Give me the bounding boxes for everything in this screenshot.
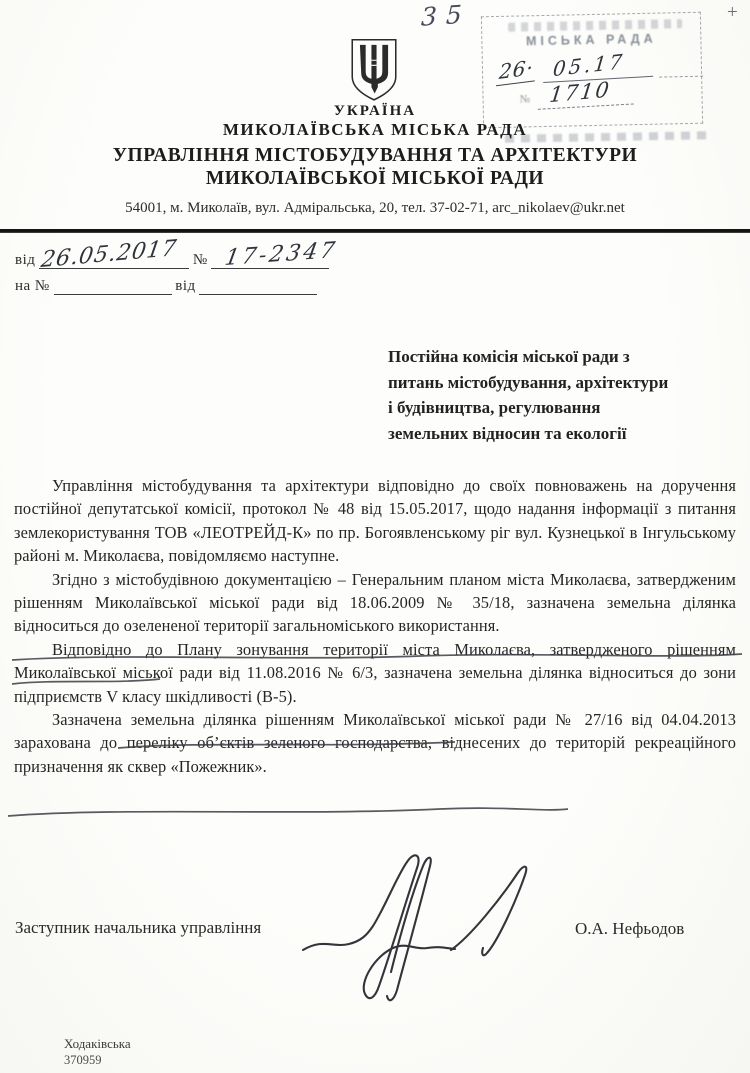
- country-title: УКРАЇНА: [0, 103, 750, 120]
- body-paragraph-4: Зазначена земельна ділянка рішенням Мико…: [14, 708, 736, 778]
- addressee-line: Постійна комісія міської ради з: [388, 344, 723, 370]
- ukraine-trident-emblem-icon: [342, 37, 406, 109]
- department-title-line1: УПРАВЛІННЯ МІСТОБУДУВАННЯ ТА АРХІТЕКТУРИ: [0, 145, 750, 167]
- addressee-line: питань містобудування, архітектури: [388, 370, 723, 396]
- stamp-date-dashes: [659, 76, 703, 78]
- executor-block: Ходаківська 370959: [64, 1036, 131, 1068]
- scanned-letter-page: 35 + МІСЬКА РАДА 26· 05.17 № 1710 УКРАЇН…: [0, 0, 750, 1073]
- address-contact-line: 54001, м. Миколаїв, вул. Адміральська, 2…: [0, 200, 750, 217]
- letter-body: Управління містобудування та архітектури…: [14, 474, 736, 778]
- letterhead-divider: [0, 229, 750, 233]
- stamp-org-name: МІСЬКА РАДА: [490, 31, 692, 49]
- addressee-line: земельних відносин та екології: [388, 421, 723, 447]
- addressee-line: і будівництва, регулювання: [388, 395, 723, 421]
- stamp-date-handwritten: 05.17: [552, 49, 626, 81]
- signer-name: О.А. Нефьодов: [575, 919, 684, 939]
- outgoing-number-label: №: [193, 252, 208, 268]
- incoming-number-line: [54, 280, 172, 295]
- incoming-date-label: від: [175, 278, 195, 294]
- signer-position-title: Заступник начальника управління: [15, 918, 261, 938]
- executor-name: Ходаківська: [64, 1036, 131, 1052]
- outgoing-reference-row: від № 26.05.2017 17-2347: [15, 252, 329, 278]
- handwritten-case-number: 35: [421, 0, 472, 32]
- executor-phone: 370959: [64, 1052, 131, 1068]
- body-paragraph-2: Згідно з містобудівною документацією – Г…: [14, 568, 736, 638]
- body-paragraph-1: Управління містобудування та архітектури…: [14, 474, 736, 568]
- stamp-faded-line: [508, 19, 682, 32]
- incoming-date-line: [199, 280, 317, 295]
- handwritten-signature: [295, 852, 575, 1007]
- corner-plus-mark: +: [727, 2, 738, 24]
- stamp-date-day-handwritten: 26·: [496, 55, 537, 86]
- outgoing-date-label: від: [15, 252, 35, 268]
- reference-block: від № 26.05.2017 17-2347 на № від: [15, 252, 329, 304]
- department-title-line2: МИКОЛАЇВСЬКОЇ МІСЬКОЇ РАДИ: [0, 168, 750, 190]
- incoming-number-label: на №: [15, 278, 50, 294]
- body-paragraph-3: Відповідно до Плану зонування території …: [14, 638, 736, 708]
- city-council-title: МИКОЛАЇВСЬКА МІСЬКА РАДА: [0, 120, 750, 140]
- addressee-block: Постійна комісія міської ради з питань м…: [388, 344, 723, 446]
- incoming-reference-row: на № від: [15, 278, 329, 304]
